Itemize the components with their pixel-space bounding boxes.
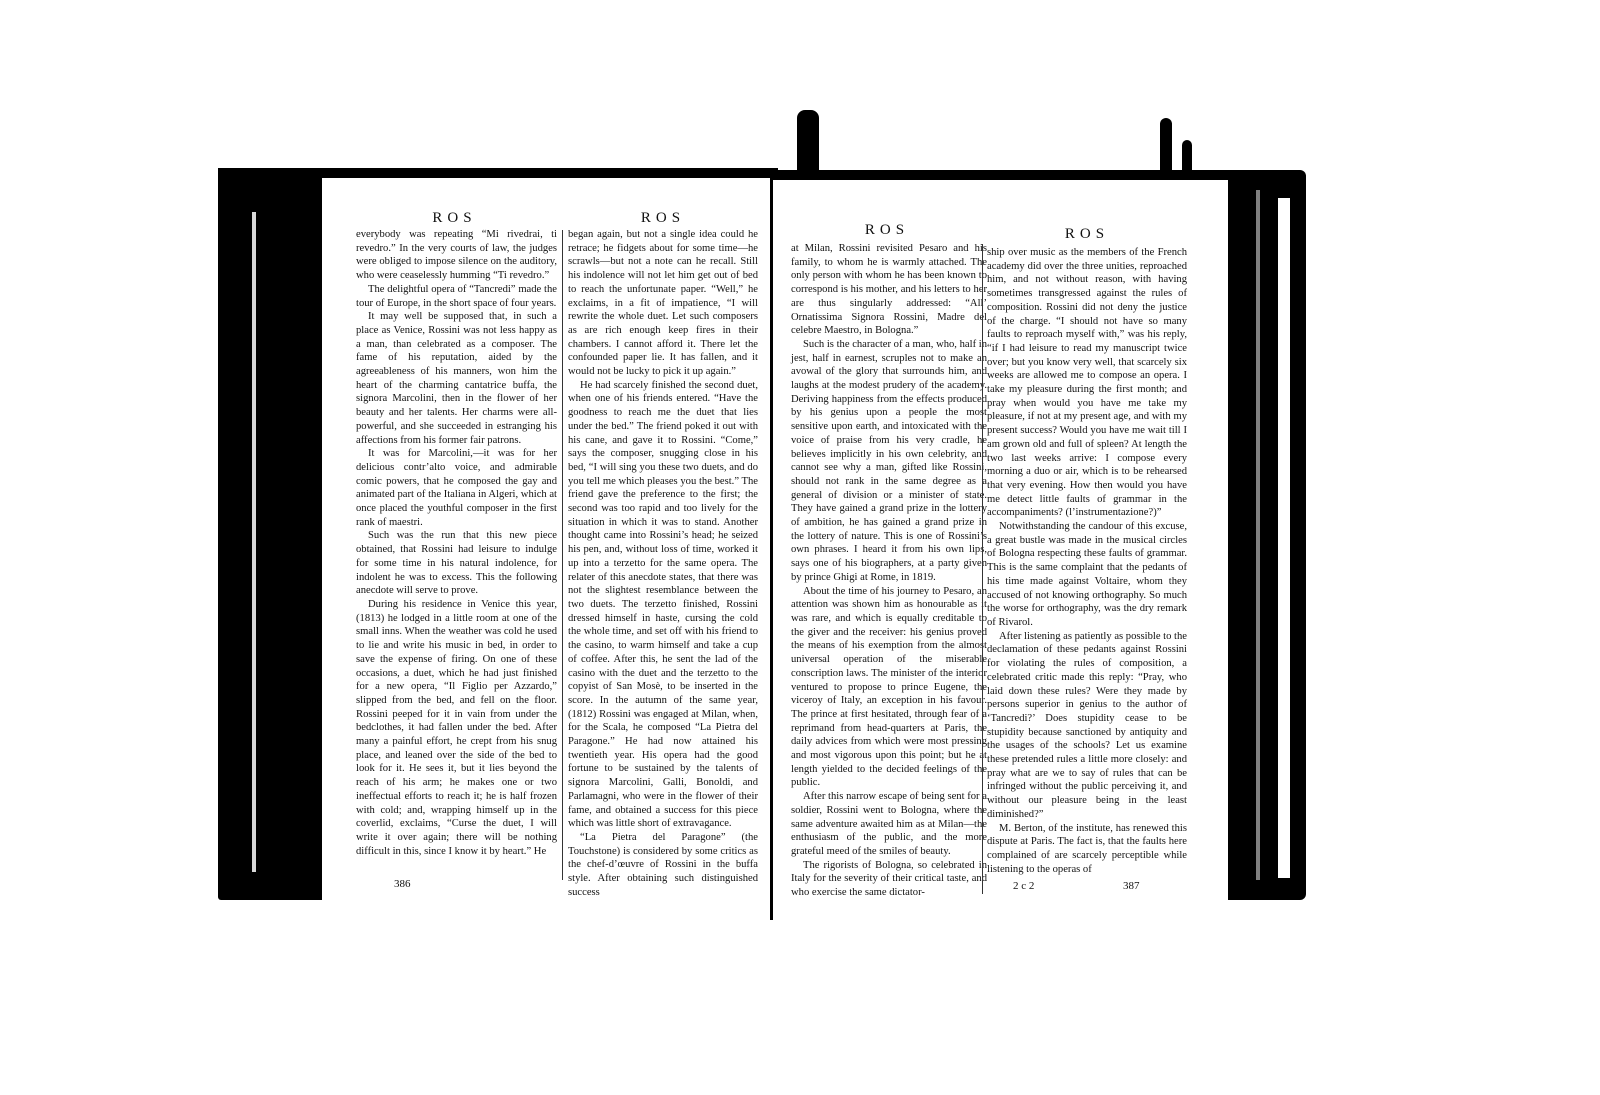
column-rule bbox=[562, 230, 563, 880]
paragraph: It may well be supposed that, in such a … bbox=[356, 310, 557, 447]
book-cover-left-edge bbox=[218, 170, 330, 900]
text-column-right-2: ship over music as the members of the Fr… bbox=[987, 246, 1187, 876]
column-rule bbox=[982, 244, 983, 894]
paragraph: Such is the character of a man, who, hal… bbox=[791, 338, 987, 585]
book-cover-right-edge bbox=[1228, 170, 1306, 900]
running-head: ROS bbox=[787, 222, 987, 239]
scanned-book-spread: ROS ROS everybody was repeating “Mi rive… bbox=[0, 0, 1600, 1095]
text-column-left-1: everybody was repeating “Mi rivedrai, ti… bbox=[356, 228, 557, 858]
paragraph: at Milan, Rossini revisited Pesaro and h… bbox=[791, 242, 987, 338]
paragraph: began again, but not a single idea could… bbox=[568, 228, 758, 379]
paragraph: The delightful opera of “Tancredi” made … bbox=[356, 283, 557, 310]
paragraph: The rigorists of Bologna, so celebrated … bbox=[791, 859, 987, 900]
bookmark-tab bbox=[1160, 118, 1172, 180]
paragraph: M. Berton, of the institute, has renewed… bbox=[987, 822, 1187, 877]
paragraph: ship over music as the members of the Fr… bbox=[987, 246, 1187, 520]
page-number: 386 bbox=[394, 878, 411, 890]
paragraph: During his residence in Venice this year… bbox=[356, 598, 557, 858]
paragraph: everybody was repeating “Mi rivedrai, ti… bbox=[356, 228, 557, 283]
text-column-left-2: began again, but not a single idea could… bbox=[568, 228, 758, 899]
bookmark-tab bbox=[797, 110, 819, 182]
paragraph: Notwithstanding the candour of this excu… bbox=[987, 520, 1187, 630]
paragraph: Such was the run that this new piece obt… bbox=[356, 529, 557, 598]
paragraph: After this narrow escape of being sent f… bbox=[791, 790, 987, 859]
running-head: ROS bbox=[568, 210, 758, 227]
paragraph: He had scarcely finished the second duet… bbox=[568, 379, 758, 831]
text-column-right-1: at Milan, Rossini revisited Pesaro and h… bbox=[791, 242, 987, 900]
page-number: 387 bbox=[1123, 880, 1140, 892]
left-page: ROS ROS everybody was repeating “Mi rive… bbox=[322, 178, 770, 900]
running-head: ROS bbox=[352, 210, 557, 227]
signature-mark: 2 c 2 bbox=[1013, 880, 1034, 892]
paragraph: It was for Marcolini,—it was for her del… bbox=[356, 447, 557, 529]
paragraph: About the time of his journey to Pesaro,… bbox=[791, 585, 987, 791]
running-head: ROS bbox=[987, 226, 1187, 243]
right-page: ROS ROS at Milan, Rossini revisited Pesa… bbox=[773, 178, 1228, 920]
bookmark-tab bbox=[1182, 140, 1192, 180]
paragraph: “La Pietra del Paragone” (the Touchstone… bbox=[568, 831, 758, 900]
paragraph: After listening as patiently as possible… bbox=[987, 630, 1187, 822]
